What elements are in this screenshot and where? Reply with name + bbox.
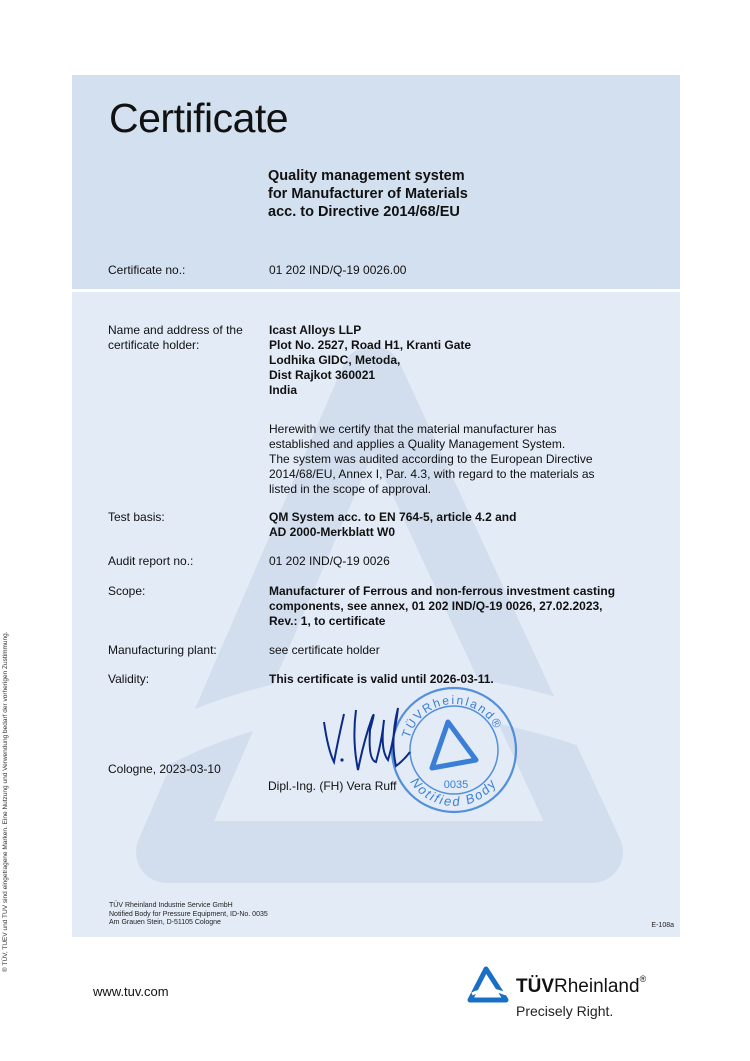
holder-address: Icast Alloys LLP Plot No. 2527, Road H1,… [269, 323, 471, 398]
scope-line: components, see annex, 01 202 IND/Q-19 0… [269, 599, 615, 614]
issuer-notified-body: Notified Body for Pressure Equipment, ID… [109, 911, 268, 920]
brand-name-regular: Rheinland [554, 976, 640, 997]
issuer-footer: TÜV Rheinland Industrie Service GmbH Not… [109, 902, 268, 928]
certificate-subtitle: Quality management system for Manufactur… [268, 167, 468, 221]
subtitle-line: Quality management system [268, 167, 468, 185]
subtitle-line: acc. to Directive 2014/68/EU [268, 203, 468, 221]
statement-line: 2014/68/EU, Annex I, Par. 4.3, with rega… [269, 467, 595, 482]
signature-icon [318, 700, 413, 785]
holder-address-line: Dist Rajkot 360021 [269, 368, 471, 383]
statement-line: listed in the scope of approval. [269, 482, 595, 497]
trademark-notice: ® TÜV, TUEV und TUV sind eingetragene Ma… [2, 631, 9, 972]
brand-name: TÜVRheinland® [516, 976, 646, 998]
issuer-name: TÜV Rheinland Industrie Service GmbH [109, 902, 268, 911]
holder-label: Name and address of the certificate hold… [108, 323, 243, 353]
place-and-date: Cologne, 2023-03-10 [108, 762, 221, 777]
holder-country: India [269, 383, 471, 398]
certificate-no-value: 01 202 IND/Q-19 0026.00 [269, 263, 406, 278]
holder-name: Icast Alloys LLP [269, 323, 471, 338]
statement-line: established and applies a Quality Manage… [269, 437, 595, 452]
subtitle-line: for Manufacturer of Materials [268, 185, 468, 203]
test-basis-line: AD 2000-Merkblatt W0 [269, 525, 516, 540]
test-basis-label: Test basis: [108, 510, 165, 525]
holder-label-line: certificate holder: [108, 338, 243, 353]
certificate-no-label: Certificate no.: [108, 263, 185, 278]
audit-report-label: Audit report no.: [108, 554, 193, 569]
validity-label: Validity: [108, 672, 149, 687]
website-link[interactable]: www.tuv.com [93, 984, 169, 999]
scope-label: Scope: [108, 584, 145, 599]
manufacturing-plant-label: Manufacturing plant: [108, 643, 217, 658]
test-basis-value: QM System acc. to EN 764-5, article 4.2 … [269, 510, 516, 540]
registered-mark: ® [640, 974, 647, 984]
svg-text:0035: 0035 [444, 779, 468, 791]
audit-report-value: 01 202 IND/Q-19 0026 [269, 554, 390, 569]
holder-address-line: Lodhika GIDC, Metoda, [269, 353, 471, 368]
scope-line: Manufacturer of Ferrous and non-ferrous … [269, 584, 615, 599]
holder-address-line: Plot No. 2527, Road H1, Kranti Gate [269, 338, 471, 353]
certification-statement: Herewith we certify that the material ma… [269, 422, 595, 497]
issuer-address: Am Grauen Stein, D-51105 Cologne [109, 919, 268, 928]
holder-label-line: Name and address of the [108, 323, 243, 338]
brand-tagline: Precisely Right. [516, 1003, 613, 1019]
tuv-rheinland-logo-icon [466, 966, 510, 1006]
test-basis-line: QM System acc. to EN 764-5, article 4.2 … [269, 510, 516, 525]
scope-value: Manufacturer of Ferrous and non-ferrous … [269, 584, 615, 629]
form-code: E-108a [651, 922, 674, 929]
statement-line: Herewith we certify that the material ma… [269, 422, 595, 437]
brand-name-bold: TÜV [516, 976, 554, 997]
certificate-title: Certificate [109, 95, 288, 142]
scope-line: Rev.: 1, to certificate [269, 614, 615, 629]
manufacturing-plant-value: see certificate holder [269, 643, 380, 658]
signatory-name: Dipl.-Ing. (FH) Vera Ruff [268, 779, 396, 794]
statement-line: The system was audited according to the … [269, 452, 595, 467]
